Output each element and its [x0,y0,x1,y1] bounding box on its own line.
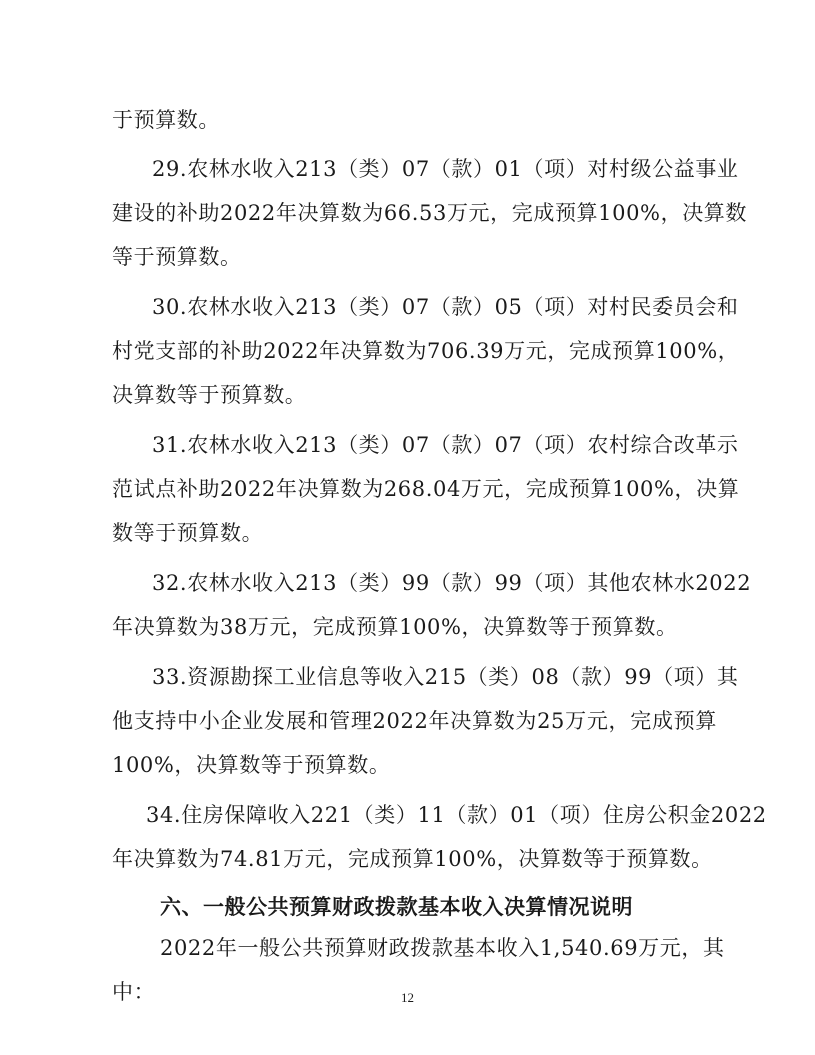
paragraph-29-line-2: 建设的补助2022年决算数为66.53万元，完成预算100%，决算数 [112,199,717,227]
document-page: 于预算数。 29.农林水收入213（类）07（款）01（项）对村级公益事业 建设… [0,0,815,1055]
paragraph-line: 于预算数。 [112,106,717,134]
paragraph-33-line-1: 33.资源勘探工业信息等收入215（类）08（款）99（项）其 [152,663,717,691]
paragraph-33-line-3: 100%，决算数等于预算数。 [112,751,717,779]
paragraph-31-line-3: 数等于预算数。 [112,519,717,547]
paragraph-30-line-3: 决算数等于预算数。 [112,381,717,409]
paragraph-29-line-1: 29.农林水收入213（类）07（款）01（项）对村级公益事业 [152,155,717,183]
paragraph-30-line-2: 村党支部的补助2022年决算数为706.39万元，完成预算100%， [112,337,717,365]
paragraph-33-line-2: 他支持中小企业发展和管理2022年决算数为25万元，完成预算 [112,707,717,735]
section-paragraph-line-1: 2022年一般公共预算财政拨款基本收入1,540.69万元，其 [160,934,717,962]
paragraph-31-line-2: 范试点补助2022年决算数为268.04万元，完成预算100%，决算 [112,475,717,503]
paragraph-32-line-2: 年决算数为38万元，完成预算100%，决算数等于预算数。 [112,613,717,641]
section-heading: 六、一般公共预算财政拨款基本收入决算情况说明 [160,893,633,921]
paragraph-32-line-1: 32.农林水收入213（类）99（款）99（项）其他农林水2022 [152,569,717,597]
paragraph-31-line-1: 31.农林水收入213（类）07（款）07（项）农村综合改革示 [152,431,717,459]
paragraph-30-line-1: 30.农林水收入213（类）07（款）05（项）对村民委员会和 [152,293,717,321]
page-number: 12 [0,990,815,1006]
paragraph-29-line-3: 等于预算数。 [112,243,717,271]
paragraph-34-line-1: 34.住房保障收入221（类）11（款）01（项）住房公积金2022 [146,801,717,829]
paragraph-34-line-2: 年决算数为74.81万元，完成预算100%，决算数等于预算数。 [112,845,717,873]
